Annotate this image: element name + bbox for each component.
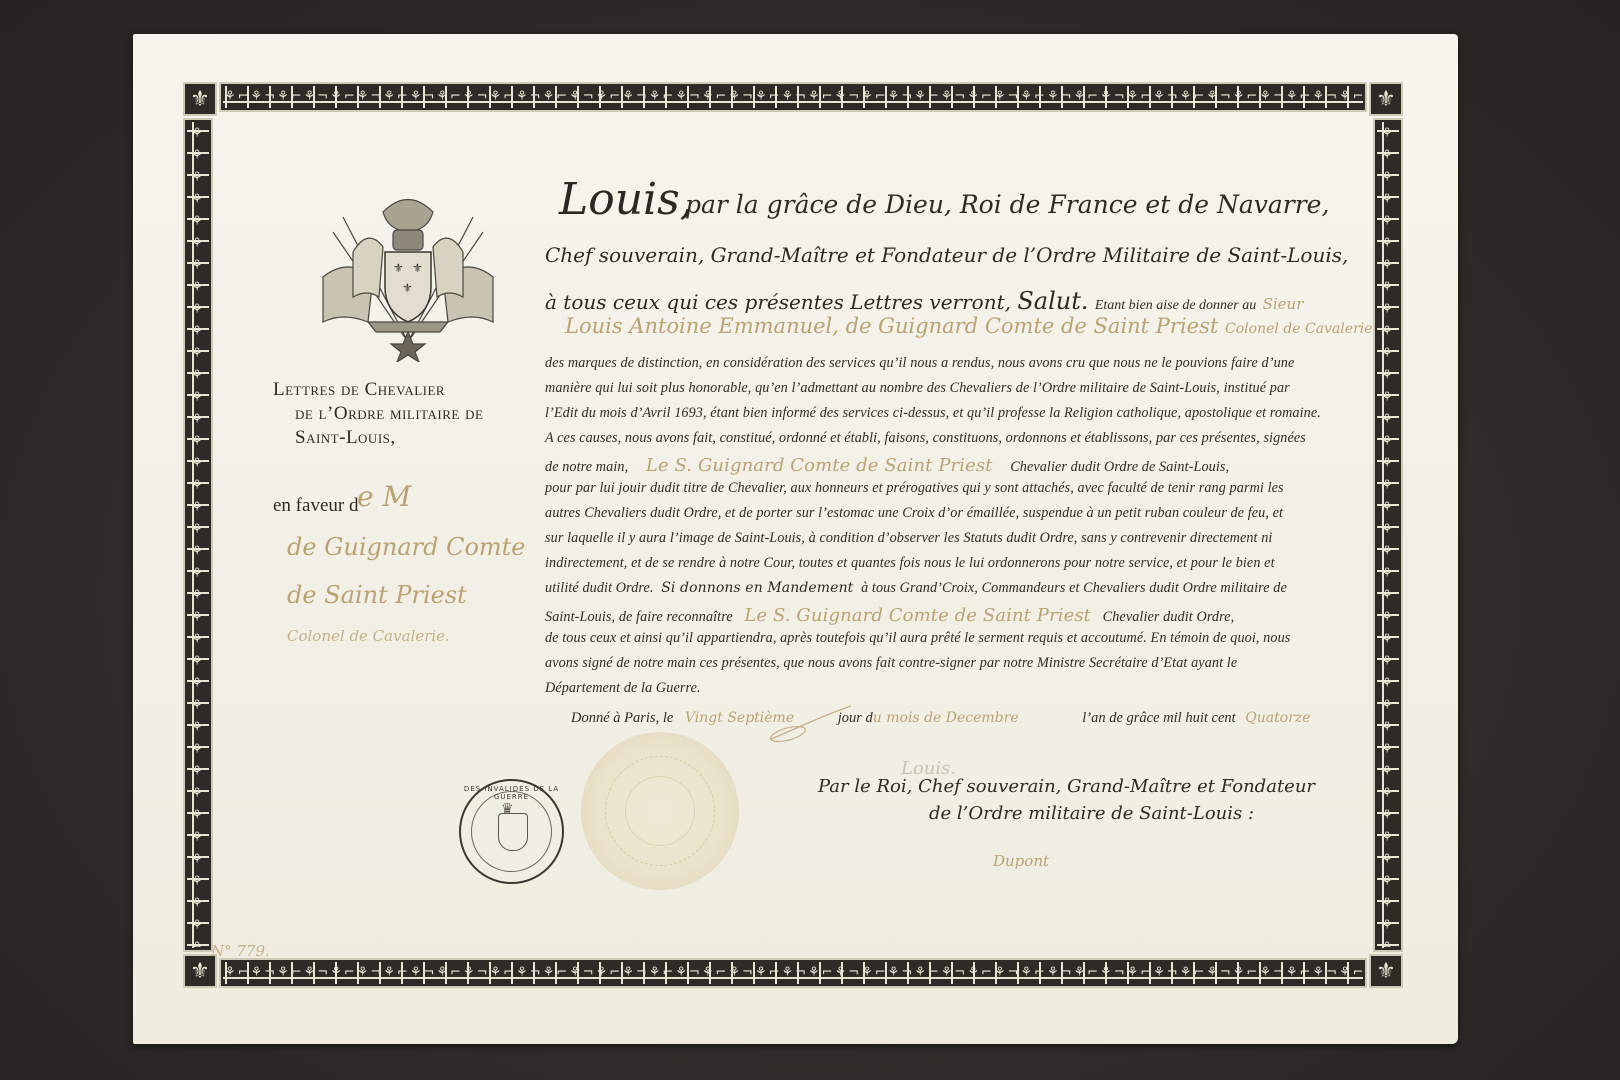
body-line: Saint-Louis, de faire reconnaître Le S. … <box>545 605 1234 626</box>
border-left: ⚘⚘⚘⚘⚘⚘⚘⚘⚘⚘⚘⚘⚘⚘⚘⚘⚘⚘⚘⚘⚘⚘⚘⚘⚘⚘⚘⚘⚘⚘⚘⚘⚘⚘⚘⚘⚘⚘ <box>183 118 213 952</box>
border-pattern: ⚘⚘⚘⚘⚘⚘⚘⚘⚘⚘⚘⚘⚘⚘⚘⚘⚘⚘⚘⚘⚘⚘⚘⚘⚘⚘⚘⚘⚘⚘⚘⚘⚘⚘⚘⚘⚘⚘ <box>188 123 208 947</box>
border-bottom: ⚘⌐⚘¬⚘⌐⚘¬⚘⌐⚘¬⚘⌐⚘¬⚘⌐⚘¬⚘⌐⚘¬⚘⌐⚘¬⚘⌐⚘¬⚘⌐⚘¬⚘⌐⚘¬… <box>219 958 1367 988</box>
recipient-rank-handwritten: Colonel de Cavalerie. <box>287 627 450 645</box>
title-line: Saint-Louis, <box>273 426 533 450</box>
document-paper: ⚘⌐⚘¬⚘⌐⚘¬⚘⌐⚘¬⚘⌐⚘¬⚘⌐⚘¬⚘⌐⚘¬⚘⌐⚘¬⚘⌐⚘¬⚘⌐⚘¬⚘⌐⚘¬… <box>133 34 1458 1044</box>
king-name-heading: Louis, <box>559 174 694 225</box>
handwritten-text: Sieur <box>1263 295 1304 313</box>
shield-icon <box>498 813 528 851</box>
body-text: Saint-Louis, de faire reconnaître <box>545 609 733 625</box>
header-text: à tous ceux qui ces présentes Lettres ve… <box>545 290 1011 314</box>
border-pattern: ⚘⌐⚘¬⚘⌐⚘¬⚘⌐⚘¬⚘⌐⚘¬⚘⌐⚘¬⚘⌐⚘¬⚘⌐⚘¬⚘⌐⚘¬⚘⌐⚘¬⚘⌐⚘¬… <box>224 963 1362 983</box>
registry-number: N° 779. <box>211 942 270 960</box>
body-text: Chevalier dudit Ordre de Saint-Louis, <box>1010 459 1229 475</box>
countersignature-block: Par le Roi, Chef souverain, Grand-Maître… <box>818 776 1315 824</box>
handwritten-year: Quatorze <box>1239 710 1310 726</box>
border-pattern: ⚘⚘⚘⚘⚘⚘⚘⚘⚘⚘⚘⚘⚘⚘⚘⚘⚘⚘⚘⚘⚘⚘⚘⚘⚘⚘⚘⚘⚘⚘⚘⚘⚘⚘⚘⚘⚘⚘ <box>1378 123 1398 947</box>
handwritten-text: Le S. Guignard Comte de Saint Priest <box>736 605 1099 626</box>
body-text: utilité dudit Ordre. <box>545 580 654 596</box>
header-text: Etant bien aise de donner au <box>1095 298 1256 313</box>
handwritten-text: Louis Antoine Emmanuel, de Guignard Comt… <box>565 314 1218 338</box>
body-line: avons signé de notre main ces présentes,… <box>545 655 1237 672</box>
title-line: de l’Ordre militaire de <box>273 402 533 426</box>
body-line: indirectement, et de se rendre à notre C… <box>545 555 1275 572</box>
recipient-name-handwritten: de Guignard Comte <box>287 533 526 561</box>
invalides-stamp: DES INVALIDES DE LA GUERRE ♛ <box>459 779 564 884</box>
body-line: sur laquelle il y aura l’image de Saint-… <box>545 530 1272 547</box>
mandement-text: Si donnons en Mandement <box>657 580 857 596</box>
fleur-de-lis-icon: ⚜ <box>1369 82 1403 116</box>
svg-text:⚜: ⚜ <box>393 261 404 275</box>
body-line: autres Chevaliers dudit Ordre, et de por… <box>545 505 1283 522</box>
recipient-initial-handwritten: e M <box>357 480 411 513</box>
en-faveur-label: en faveur d <box>273 495 358 517</box>
border-pattern: ⚘⌐⚘¬⚘⌐⚘¬⚘⌐⚘¬⚘⌐⚘¬⚘⌐⚘¬⚘⌐⚘¬⚘⌐⚘¬⚘⌐⚘¬⚘⌐⚘¬⚘⌐⚘¬… <box>224 87 1362 107</box>
royal-coat-of-arms-icon: ⚜⚜⚜ <box>313 192 503 362</box>
signature-flourish-icon <box>766 704 866 744</box>
salut-word: Salut. <box>1017 287 1088 315</box>
minister-signature: Dupont <box>993 852 1049 870</box>
embossed-wax-seal <box>583 734 737 888</box>
seal-ring <box>625 776 695 846</box>
svg-text:⚜: ⚜ <box>402 281 413 295</box>
date-line: Donné à Paris, le Vingt Septième jour du… <box>571 710 1311 727</box>
body-text: Chevalier dudit Ordre, <box>1103 609 1235 625</box>
countersign-line: Par le Roi, Chef souverain, Grand-Maître… <box>818 776 1315 797</box>
body-line: Département de la Guerre. <box>545 680 701 697</box>
date-text: l’an de grâce mil huit cent <box>1082 710 1235 726</box>
body-line: utilité dudit Ordre. Si donnons en Mande… <box>545 580 1287 597</box>
svg-text:⚜: ⚜ <box>412 261 423 275</box>
handwritten-text: Colonel de Cavalerie <box>1225 321 1373 337</box>
body-line: manière qui lui soit plus honorable, qu’… <box>545 380 1290 397</box>
body-line: de tous ceux et ainsi qu’il appartiendra… <box>545 630 1290 647</box>
handwritten-month: u mois de Decembre <box>873 710 1079 726</box>
body-line: pour par lui jouir dudit titre de Cheval… <box>545 480 1284 497</box>
handwritten-text: Le S. Guignard Comte de Saint Priest <box>632 455 1007 476</box>
ornamental-border: ⚘⌐⚘¬⚘⌐⚘¬⚘⌐⚘¬⚘⌐⚘¬⚘⌐⚘¬⚘⌐⚘¬⚘⌐⚘¬⚘⌐⚘¬⚘⌐⚘¬⚘⌐⚘¬… <box>183 82 1403 988</box>
fleur-de-lis-icon: ⚜ <box>1369 954 1403 988</box>
fleur-de-lis-icon: ⚜ <box>183 82 217 116</box>
recipient-name-handwritten: de Saint Priest <box>287 581 467 609</box>
body-line: A ces causes, nous avons fait, constitué… <box>545 430 1306 447</box>
recipient-full-handwritten: Louis Antoine Emmanuel, de Guignard Comt… <box>565 314 1373 338</box>
stamp-text: DES INVALIDES DE LA GUERRE <box>461 785 562 801</box>
body-text: à tous Grand’Croix, Commandeurs et Cheva… <box>861 580 1287 596</box>
document-title: Lettres de Chevalier de l’Ordre militair… <box>273 378 533 450</box>
countersign-line: de l’Ordre militaire de Saint-Louis : <box>818 803 1315 824</box>
border-top: ⚘⌐⚘¬⚘⌐⚘¬⚘⌐⚘¬⚘⌐⚘¬⚘⌐⚘¬⚘⌐⚘¬⚘⌐⚘¬⚘⌐⚘¬⚘⌐⚘¬⚘⌐⚘¬… <box>219 82 1367 112</box>
title-line: Lettres de Chevalier <box>273 378 533 402</box>
date-text: Donné à Paris, le <box>571 710 673 726</box>
body-line: de notre main, Le S. Guignard Comte de S… <box>545 455 1229 476</box>
body-line: l’Edit du mois d’Avril 1693, étant bien … <box>545 405 1321 422</box>
header-line: à tous ceux qui ces présentes Lettres ve… <box>545 287 1303 315</box>
header-line: par la grâce de Dieu, Roi de France et d… <box>685 190 1329 219</box>
border-right: ⚘⚘⚘⚘⚘⚘⚘⚘⚘⚘⚘⚘⚘⚘⚘⚘⚘⚘⚘⚘⚘⚘⚘⚘⚘⚘⚘⚘⚘⚘⚘⚘⚘⚘⚘⚘⚘⚘ <box>1373 118 1403 952</box>
body-text: de notre main, <box>545 459 628 475</box>
header-line: Chef souverain, Grand-Maître et Fondateu… <box>545 243 1348 267</box>
body-line: des marques de distinction, en considéra… <box>545 355 1294 372</box>
